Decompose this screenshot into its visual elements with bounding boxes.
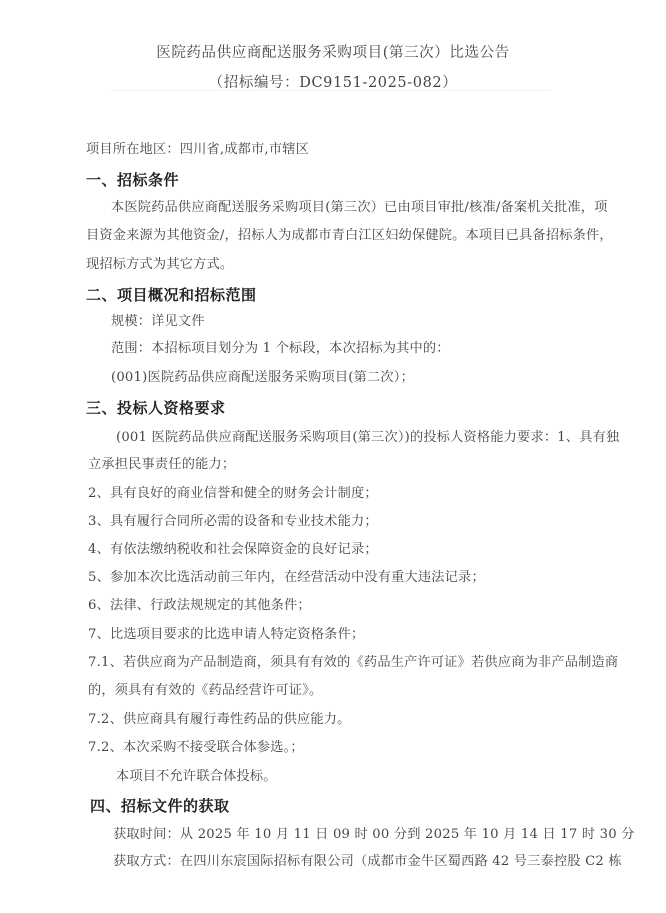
qualification-item-7-2b: 7.2、本次采购不接受联合体参选。； — [88, 739, 304, 757]
paragraph-line: 目资金来源为其他资金/，招标人为成都市青白江区妇幼保健院。本项目已具备招标条件， — [86, 227, 613, 245]
qualification-line: (001 医院药品供应商配送服务采购项目(第三次）)的投标人资格能力要求：1、具… — [116, 429, 619, 447]
section-heading-document-acquisition: 四、招标文件的获取 — [90, 796, 230, 816]
lot-line: (001)医院药品供应商配送服务采购项目(第二次）； — [111, 369, 414, 387]
divider — [110, 90, 550, 91]
acquisition-time: 获取时间：从 2025 年 10 月 11 日 09 时 00 分到 2025 … — [113, 826, 635, 844]
section-heading-project-overview: 二、项目概况和招标范围 — [86, 285, 257, 305]
section-heading-tender-conditions: 一、招标条件 — [86, 170, 179, 190]
paragraph-line: 本医院药品供应商配送服务采购项目(第三次）已由项目审批/核准/备案机关批准，项 — [111, 199, 608, 217]
scope-line: 范围：本招标项目划分为 1 个标段，本次招标为其中的： — [111, 340, 450, 358]
qualification-item-7-1: 7.1、若供应商为产品制造商，须具有有效的《药品生产许可证》若供应商为非产品制造… — [88, 654, 618, 672]
qualification-item-7-1-cont: 的，须具有有效的《药品经营许可证》。 — [88, 682, 322, 700]
project-region: 项目所在地区：四川省,成都市,市辖区 — [86, 141, 309, 159]
paragraph-line: 现招标方式为其它方式。 — [86, 256, 233, 274]
qualification-item-6: 6、法律、行政法规规定的其他条件； — [88, 597, 311, 615]
qualification-item-5: 5、参加本次比选活动前三年内，在经营活动中没有重大违法记录； — [88, 569, 485, 587]
qualification-item-2: 2、具有良好的商业信誉和健全的财务会计制度； — [88, 485, 378, 503]
qualification-item-7-2: 7.2、供应商具有履行毒性药品的供应能力。 — [88, 711, 351, 729]
acquisition-method: 获取方式：在四川东宸国际招标有限公司（成都市金牛区蜀西路 42 号三泰控股 C2… — [113, 853, 622, 871]
qualification-item-3: 3、具有履行合同所必需的设备和专业技术能力； — [88, 513, 378, 531]
qualification-item-4: 4、有依法缴纳税收和社会保障资金的良好记录； — [88, 541, 378, 559]
consortium-note: 本项目不允许联合体投标。 — [116, 768, 277, 786]
qualification-line: 立承担民事责任的能力； — [88, 456, 235, 474]
section-heading-bidder-qualifications: 三、投标人资格要求 — [86, 398, 226, 418]
qualification-item-7: 7、比选项目要求的比选申请人特定资格条件； — [88, 626, 364, 644]
scale-line: 规模：详见文件 — [111, 313, 205, 331]
document-title: 医院药品供应商配送服务采购项目(第三次）比选公告 — [0, 43, 666, 63]
